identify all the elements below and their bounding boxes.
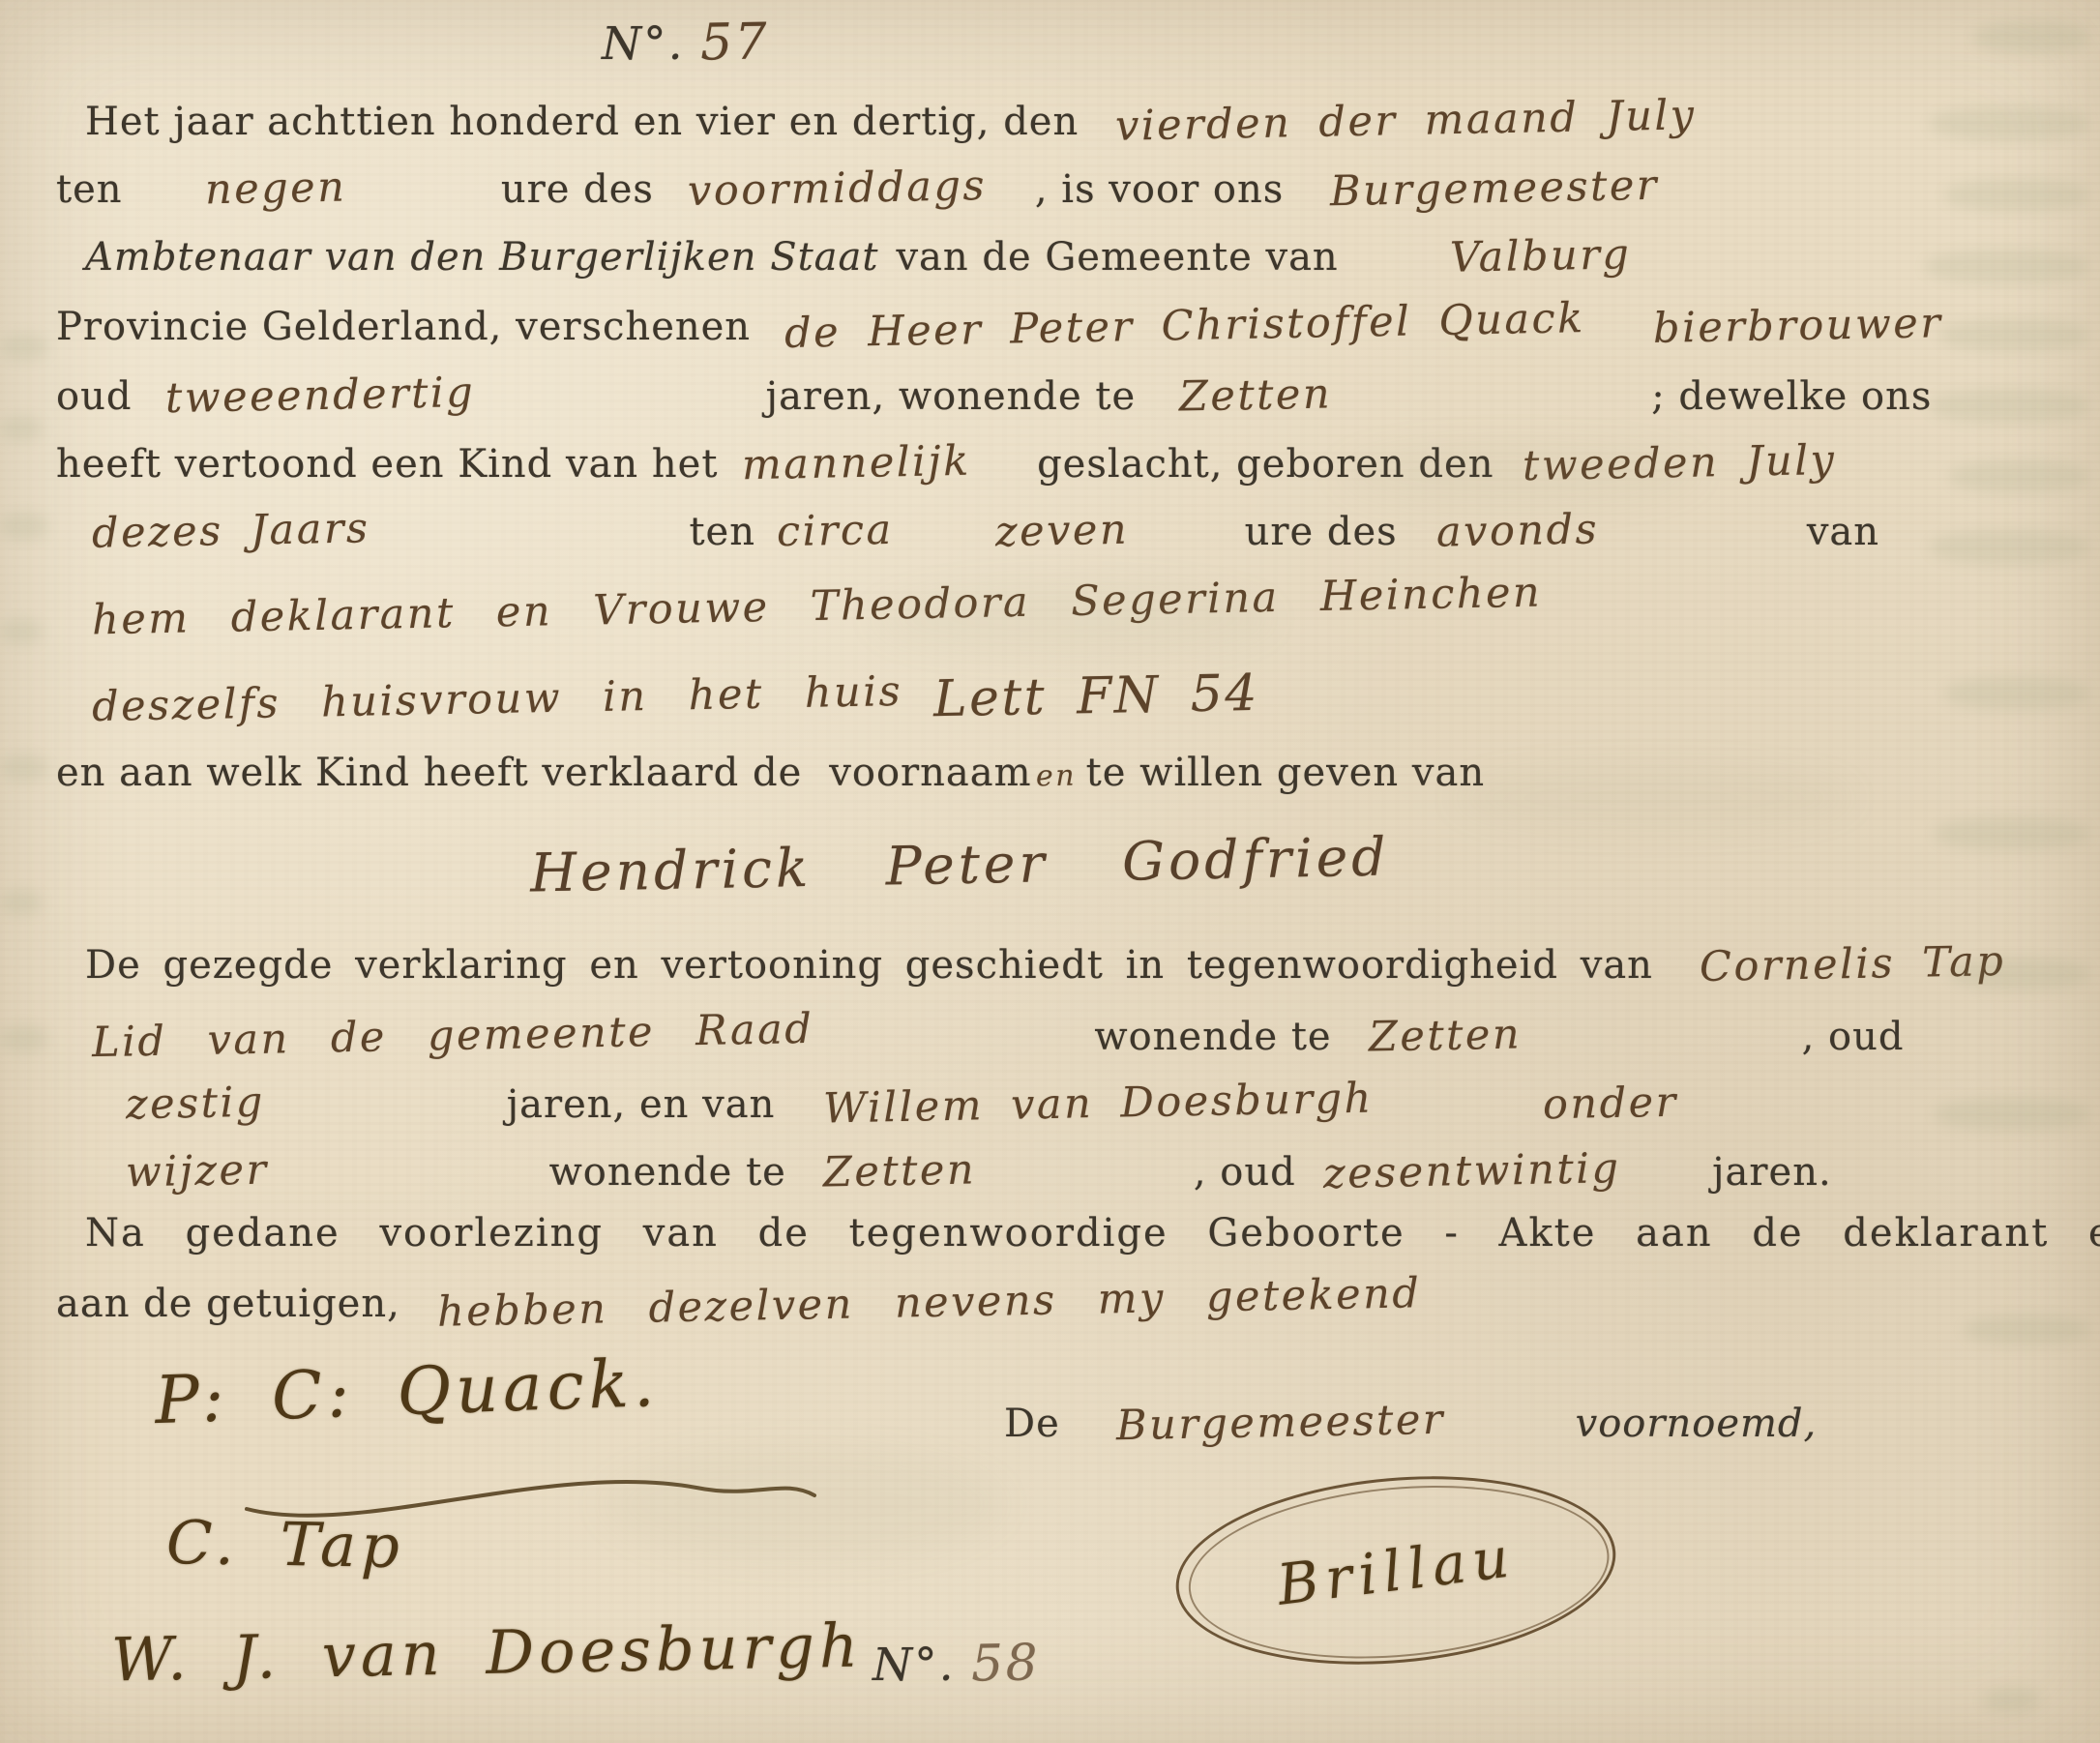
line-mother: hem deklarant en Vrouwe Theodora Segerin… <box>92 582 1542 631</box>
printed-ten: ten <box>56 167 123 212</box>
bleedthrough-shadow <box>600 1446 1006 1562</box>
bleedthrough-smudge <box>0 416 43 441</box>
bleedthrough-shadow <box>871 580 1277 658</box>
bleedthrough-smudge <box>1973 21 2089 54</box>
printed-na-gedane: Na gedane voorlezing van de tegenwoordig… <box>85 1211 2100 1256</box>
line-child-name: Hendrick Peter Godfried <box>530 834 1389 896</box>
bleedthrough-smudge <box>0 890 43 915</box>
line-birth-time: dezes Jaars ten circa zeven ure des avon… <box>92 507 1879 555</box>
signature-declarant-text: P: C: Quack. <box>154 1345 661 1439</box>
written-witness1-place: Zetten <box>1368 1010 1522 1061</box>
written-declarant-name: de Heer Peter Christoffel Quack <box>784 294 1586 358</box>
signature-declarant: P: C: Quack. <box>155 1354 659 1431</box>
bleedthrough-smudge <box>1935 1098 2089 1131</box>
printed-jaren-en-van: jaren, en van <box>507 1082 776 1127</box>
written-declarant-place: Zetten <box>1179 369 1333 421</box>
printed-aan-de-getuigen: aan de getuigen, <box>56 1282 400 1326</box>
next-record-number: N°. 58 <box>873 1635 1040 1693</box>
written-official: Burgemeester <box>1330 162 1660 217</box>
bleedthrough-smudge <box>0 1025 48 1052</box>
bleedthrough-smudge <box>1935 817 2089 850</box>
record-number-prefix: N°. <box>602 17 685 71</box>
printed-oud: oud <box>56 374 132 419</box>
written-hour: negen <box>204 163 346 215</box>
written-dezes-jaars: dezes Jaars <box>92 504 370 558</box>
written-mother: hem deklarant en Vrouwe Theodora Segerin… <box>92 569 1543 645</box>
bleedthrough-smudge <box>1930 530 2089 565</box>
line-witness2-detail: wijzer wonende te Zetten , oud zesentwin… <box>126 1147 1832 1196</box>
bleedthrough-smudge <box>1983 1688 2041 1713</box>
written-getekend: hebben dezelven nevens my getekend <box>436 1269 1421 1337</box>
printed-wonende-te-2: wonende te <box>549 1150 786 1195</box>
written-declarant-occupation: bierbrouwer <box>1652 299 1942 353</box>
signature-witness1: C. Tap <box>166 1509 404 1580</box>
line-voorlezing: Na gedane voorlezing van de tegenwoordig… <box>85 1211 2100 1256</box>
printed-te-willen: te willen geven van <box>1086 751 1485 795</box>
printed-ure-des: ure des <box>501 167 654 212</box>
line-house: deszelfs huisvrouw in het huis Lett FN 5… <box>92 667 1259 725</box>
printed-de: De <box>1004 1402 1060 1446</box>
written-daypart: voormiddags <box>687 162 987 216</box>
printed-year-text: Het jaar achttien honderd en vier en der… <box>85 100 1079 144</box>
printed-provincie: Provincie Gelderland, verschenen <box>56 305 751 349</box>
bleedthrough-smudge <box>0 754 48 782</box>
written-huisvrouw: deszelfs huisvrouw in het huis <box>92 667 903 731</box>
printed-ten-2: ten <box>689 510 755 554</box>
written-witness2-role-a: onder <box>1543 1078 1679 1130</box>
signature-witness2: W. J. van Doesburgh <box>111 1617 863 1688</box>
bleedthrough-smudge <box>0 619 43 644</box>
record-number-value: 57 <box>699 13 769 72</box>
bleedthrough-smudge <box>1949 958 2089 990</box>
bleedthrough-smudge <box>0 334 48 361</box>
printed-verklaard-de: en aan welk Kind heeft verklaard de <box>56 751 802 795</box>
written-witness1-role: Lid van de gemeente Raad <box>92 1005 814 1067</box>
printed-ure-des-2: ure des <box>1245 510 1398 554</box>
line-ambtenaar: Ambtenaar van den Burgerlijken Staat van… <box>85 232 1631 281</box>
bleedthrough-smudge <box>1930 389 2089 424</box>
next-record-prefix: N°. <box>873 1639 956 1692</box>
line-time: ten negen ure des voormiddags , is voor … <box>56 164 1659 213</box>
bleedthrough-shadow <box>1335 440 1702 508</box>
written-birth-daypart: avonds <box>1435 505 1599 556</box>
bleedthrough-smudge <box>1944 677 2089 710</box>
bleedthrough-shadow <box>1451 764 1857 832</box>
bleedthrough-smudge <box>1925 250 2089 284</box>
written-gender: mannelijk <box>742 437 972 490</box>
printed-oud-1: , oud <box>1802 1015 1905 1059</box>
line-voornaamen: en aan welk Kind heeft verklaard de voor… <box>56 751 1485 795</box>
bleedthrough-smudge <box>1949 460 2089 493</box>
line-witness-intro: De gezegde verklaring en vertooning gesc… <box>85 940 2005 989</box>
written-child-name: Hendrick Peter Godfried <box>529 825 1389 903</box>
written-gemeente: Valburg <box>1449 230 1631 282</box>
printed-jaren-wonende: jaren, wonende te <box>766 374 1137 419</box>
bleedthrough-smudge <box>1964 1315 2089 1344</box>
written-circa: circa <box>776 506 894 556</box>
line-witness2: zestig jaren, en van Willem van Doesburg… <box>126 1079 1678 1128</box>
printed-wonende-te-1: wonende te <box>1094 1015 1331 1059</box>
line-declarant-age: oud tweeendertig jaren, wonende te Zette… <box>56 371 1932 420</box>
written-insert-en: en <box>1035 759 1077 794</box>
written-birth-hour: zeven <box>994 506 1129 557</box>
line-getuigen: aan de getuigen, hebben dezelven nevens … <box>56 1279 1421 1327</box>
printed-jaren-2: jaren. <box>1712 1150 1832 1195</box>
line-declarant: Provincie Gelderland, verschenen de Heer… <box>56 302 1942 350</box>
printed-gemeente-van: van de Gemeente van <box>896 235 1338 280</box>
written-declarant-age: tweeendertig <box>165 369 476 423</box>
bleedthrough-smudge <box>0 513 48 540</box>
printed-dewelke-ons: ; dewelke ons <box>1651 374 1932 419</box>
written-witness2-role-b: wijzer <box>126 1146 269 1197</box>
bleedthrough-smudge <box>1930 106 2089 141</box>
printed-gezegde-verklaring: De gezegde verklaring en vertooning gesc… <box>85 943 1653 988</box>
written-witness1-age: zestig <box>126 1078 266 1130</box>
written-witness2-place: Zetten <box>822 1145 976 1196</box>
written-burgemeester: Burgemeester <box>1115 1396 1445 1451</box>
written-house-number: Lett FN 54 <box>933 665 1260 728</box>
bleedthrough-smudge <box>1939 319 2089 352</box>
mayor-signature-oval: Brillau <box>1168 1459 1624 1681</box>
bleedthrough-smudge <box>1944 179 2089 212</box>
printed-is-voor-ons: , is voor ons <box>1035 167 1284 212</box>
written-witness2-age: zesentwintig <box>1322 1144 1620 1198</box>
printed-voornaam: voornaam <box>829 751 1031 795</box>
next-record-value: 58 <box>970 1634 1040 1693</box>
printed-voornoemd: voornoemd, <box>1576 1402 1818 1446</box>
printed-ambtenaar: Ambtenaar van den Burgerlijken Staat <box>85 235 878 280</box>
record-number: N°. 57 <box>602 14 769 72</box>
birth-certificate-page: N°. 57 Het jaar achttien honderd en vier… <box>0 0 2100 1743</box>
printed-van: van <box>1807 510 1879 554</box>
line-year: Het jaar achttien honderd en vier en der… <box>85 97 1697 145</box>
line-witness1-detail: Lid van de gemeente Raad wonende te Zett… <box>92 1012 1905 1060</box>
printed-oud-2: , oud <box>1194 1150 1296 1195</box>
printed-kind-van-het: heeft vertoond een Kind van het <box>56 442 718 487</box>
written-witness2-name: Willem van Doesburgh <box>823 1075 1375 1134</box>
written-date: vierden der maand July <box>1115 91 1697 151</box>
signature-witness2-text: W. J. van Doesburgh <box>110 1610 863 1696</box>
signature-witness1-text: C. Tap <box>165 1507 404 1581</box>
closing-line: De Burgemeester voornoemd, <box>1004 1399 1817 1447</box>
